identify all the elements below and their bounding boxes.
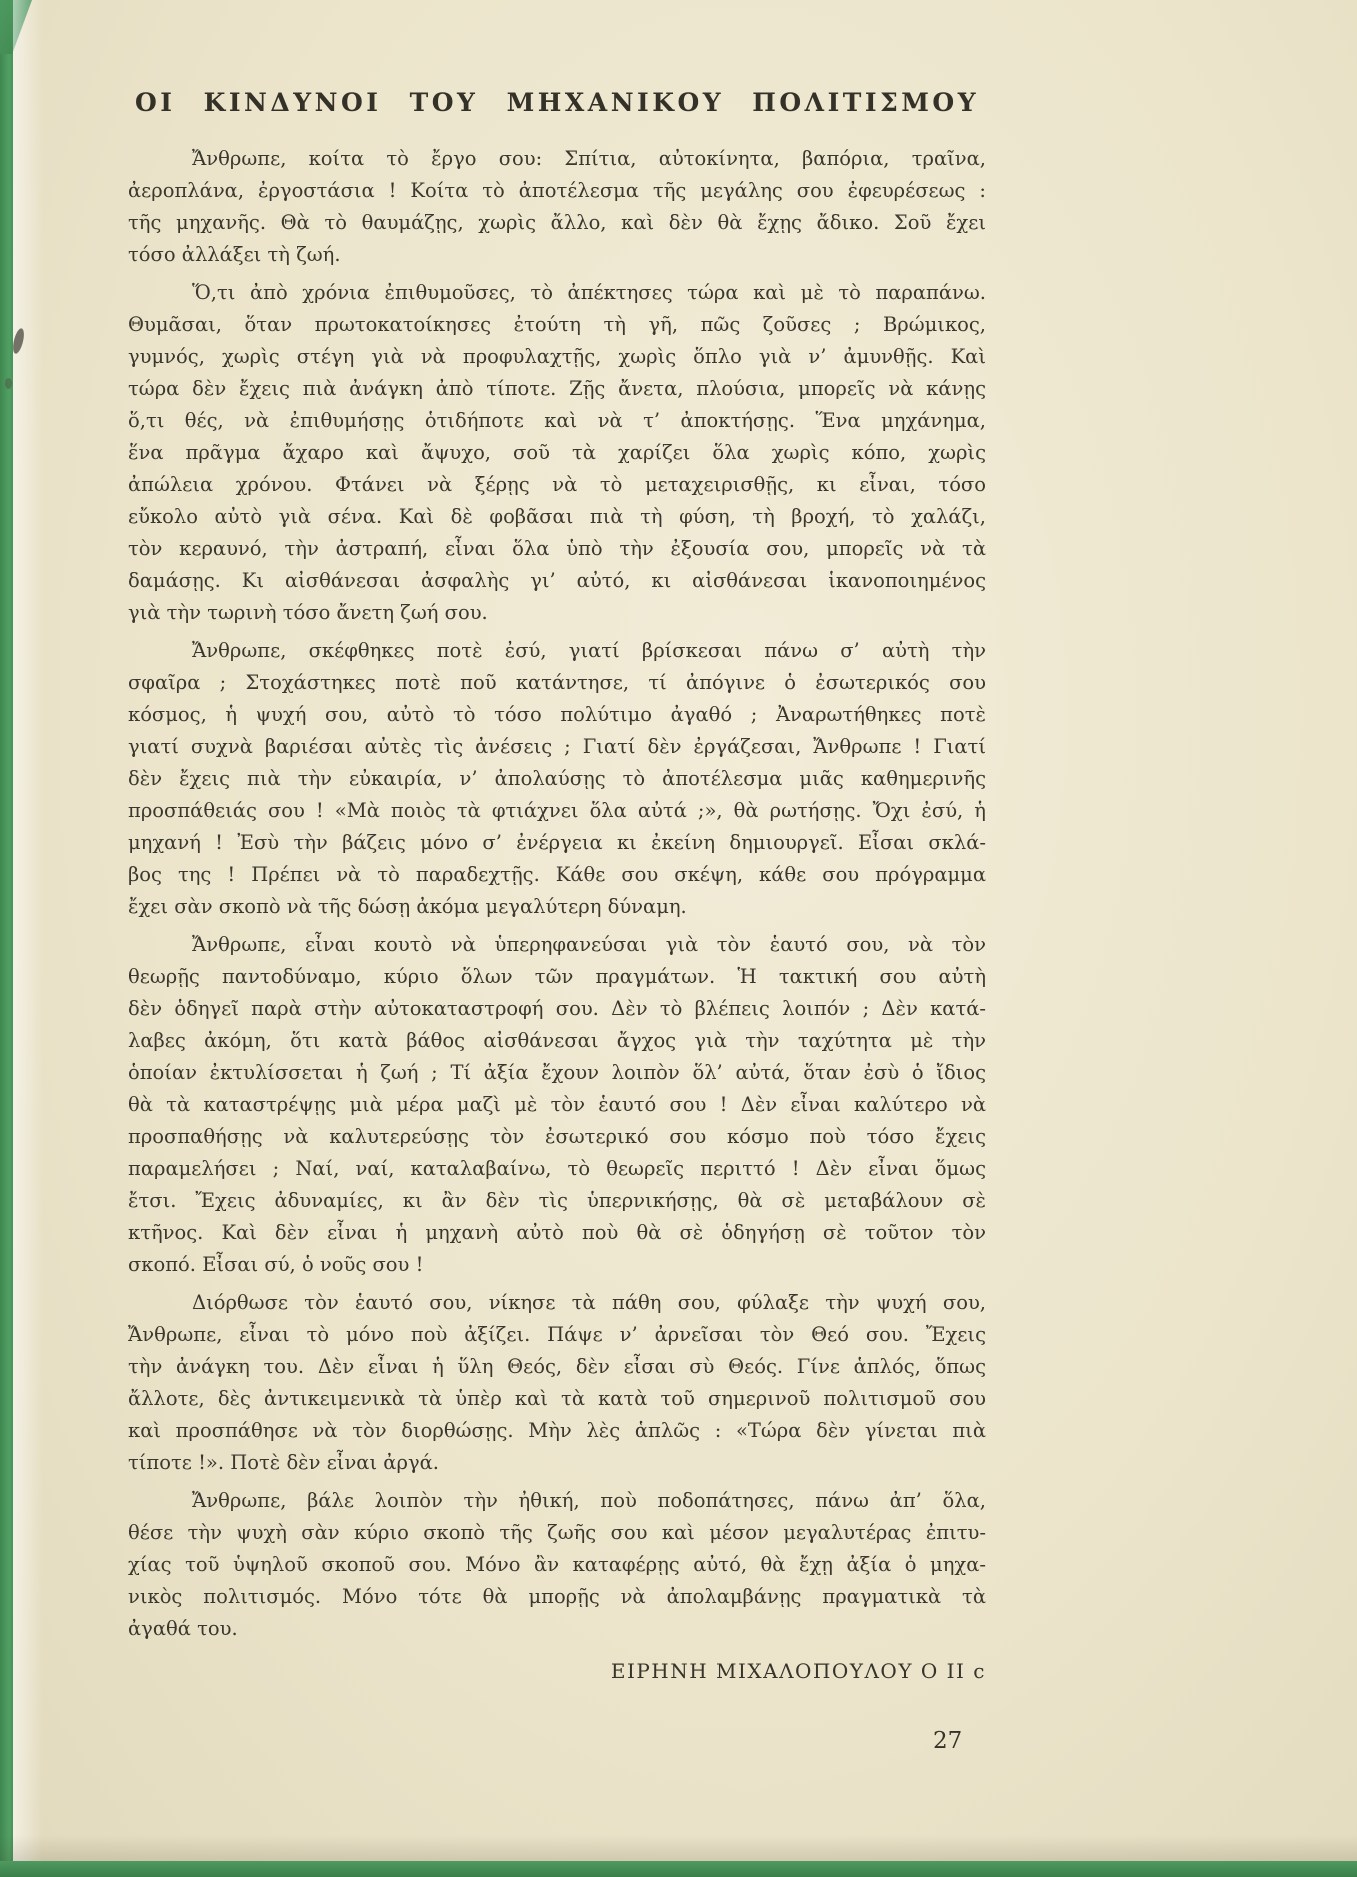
- text-line: Ἄνθρωπε, σκέφθηκες ποτὲ ἐσύ, γιατί βρίσκ…: [128, 635, 986, 667]
- paragraph-1: Ἄνθρωπε, κοίτα τὸ ἔργο σου: Σπίτια, αὐτο…: [128, 143, 986, 271]
- text-line: προσπάθειάς σου ! «Μὰ ποιὸς τὰ φτιάχνει …: [128, 795, 986, 827]
- text-line: παραμελήσει ; Ναί, ναί, καταλαβαίνω, τὸ …: [128, 1153, 986, 1185]
- text-line: καὶ προσπάθησε νὰ τὸν διορθώσῃς. Μὴν λὲς…: [128, 1415, 986, 1447]
- text-line: θὰ τὰ καταστρέψῃς μιὰ μέρα μαζὶ μὲ τὸν ἑ…: [128, 1089, 986, 1121]
- text-line: ὁποίαν ἐκτυλίσσεται ἡ ζωή ; Τί ἀξία ἔχου…: [128, 1057, 986, 1089]
- text-line: λαβες ἀκόμη, ὅτι κατὰ βάθος αἰσθάνεσαι ἄ…: [128, 1025, 986, 1057]
- text-line: σκοπό. Εἶσαι σύ, ὁ νοῦς σου !: [128, 1249, 986, 1281]
- paragraph-2: Ὅ,τι ἀπὸ χρόνια ἐπιθυμοῦσες, τὸ ἀπέκτησε…: [128, 277, 986, 629]
- text-line: ἔτσι. Ἔχεις ἀδυναμίες, κι ἂν δὲν τὶς ὑπε…: [128, 1185, 986, 1217]
- text-line: προσπαθήσῃς νὰ καλυτερεύσῃς τὸν ἐσωτερικ…: [128, 1121, 986, 1153]
- binding-edge-left: [0, 0, 13, 1877]
- text-line: Θυμᾶσαι, ὅταν πρωτοκατοίκησες ἐτούτη τὴ …: [128, 309, 986, 341]
- text-line: ἀεροπλάνα, ἐργοστάσια ! Κοίτα τὸ ἀποτέλε…: [128, 175, 986, 207]
- text-line: χίας τοῦ ὑψηλοῦ σκοποῦ σου. Μόνο ἂν κατα…: [128, 1549, 986, 1581]
- text-line: ἔχει σὰν σκοπὸ νὰ τῆς δώσῃ ἀκόμα μεγαλύτ…: [128, 891, 986, 923]
- text-line: κτῆνος. Καὶ δὲν εἶναι ἡ μηχανὴ αὐτὸ ποὺ …: [128, 1217, 986, 1249]
- paragraph-6: Ἄνθρωπε, βάλε λοιπὸν τὴν ἠθική, ποὺ ποδο…: [128, 1485, 986, 1645]
- text-line: τὸν κεραυνό, τὴν ἀστραπή, εἶναι ὅλα ὑπὸ …: [128, 533, 986, 565]
- paragraph-5: Διόρθωσε τὸν ἑαυτό σου, νίκησε τὰ πάθη σ…: [128, 1287, 986, 1479]
- text-line: τώρα δὲν ἔχεις πιὰ ἀνάγκη ἀπὸ τίποτε. Ζῇ…: [128, 373, 986, 405]
- page-title: ΟΙ ΚΙΝΔΥΝΟΙ ΤΟΥ ΜΗΧΑΝΙΚΟΥ ΠΟΛΙΤΙΣΜΟΥ: [128, 88, 986, 117]
- text-line: γιατί συχνὰ βαριέσαι αὐτὲς τὶς ἀνέσεις ;…: [128, 731, 986, 763]
- text-line: Διόρθωσε τὸν ἑαυτό σου, νίκησε τὰ πάθη σ…: [128, 1287, 986, 1319]
- text-line: θεωρῇς παντοδύναμο, κύριο ὅλων τῶν πραγμ…: [128, 961, 986, 993]
- text-line: βος της ! Πρέπει νὰ τὸ παραδεχτῇς. Κάθε …: [128, 859, 986, 891]
- text-line: γιὰ τὴν τωρινὴ τόσο ἄνετη ζωή σου.: [128, 597, 986, 629]
- text-line: Ἄνθρωπε, κοίτα τὸ ἔργο σου: Σπίτια, αὐτο…: [128, 143, 986, 175]
- paragraph-4: Ἄνθρωπε, εἶναι κουτὸ νὰ ὑπερηφανεύσαι γι…: [128, 929, 986, 1281]
- text-line: Ἄνθρωπε, εἶναι τὸ μόνο ποὺ ἀξίζει. Πάψε …: [128, 1319, 986, 1351]
- page-content: ΟΙ ΚΙΝΔΥΝΟΙ ΤΟΥ ΜΗΧΑΝΙΚΟΥ ΠΟΛΙΤΙΣΜΟΥ Ἄνθ…: [128, 88, 986, 1683]
- text-line: δαμάσῃς. Κι αἰσθάνεσαι ἀσφαλὴς γι’ αὐτό,…: [128, 565, 986, 597]
- text-line: ἕνα πρᾶγμα ἄχαρο καὶ ἄψυχο, σοῦ τὰ χαρίζ…: [128, 437, 986, 469]
- page-bottom-shadow: [0, 1835, 1357, 1861]
- scanned-page: ΟΙ ΚΙΝΔΥΝΟΙ ΤΟΥ ΜΗΧΑΝΙΚΟΥ ΠΟΛΙΤΙΣΜΟΥ Ἄνθ…: [0, 0, 1357, 1877]
- text-line: δὲν ἔχεις πιὰ τὴν εὐκαιρία, ν’ ἀπολαύσῃς…: [128, 763, 986, 795]
- text-line: τὴν ἀνάγκη του. Δὲν εἶναι ἡ ὕλη Θεός, δὲ…: [128, 1351, 986, 1383]
- text-line: τόσο ἀλλάξει τὴ ζωή.: [128, 239, 986, 271]
- text-line: εὔκολο αὐτὸ γιὰ σένα. Καὶ δὲ φοβᾶσαι πιὰ…: [128, 501, 986, 533]
- binding-edge-bottom: [0, 1861, 1357, 1877]
- text-line: τῆς μηχανῆς. Θὰ τὸ θαυμάζῃς, χωρὶς ἄλλο,…: [128, 207, 986, 239]
- text-line: Ἄνθρωπε, εἶναι κουτὸ νὰ ὑπερηφανεύσαι γι…: [128, 929, 986, 961]
- text-line: ὅ,τι θές, νὰ ἐπιθυμήσῃς ὁτιδήποτε καὶ νὰ…: [128, 405, 986, 437]
- paragraph-3: Ἄνθρωπε, σκέφθηκες ποτὲ ἐσύ, γιατί βρίσκ…: [128, 635, 986, 923]
- text-line: Ὅ,τι ἀπὸ χρόνια ἐπιθυμοῦσες, τὸ ἀπέκτησε…: [128, 277, 986, 309]
- text-line: ἀγαθά του.: [128, 1613, 986, 1645]
- author-signature: ΕΙΡΗΝΗ ΜΙΧΑΛΟΠΟΥΛΟΥ Ο ΙΙ c: [128, 1659, 986, 1683]
- text-line: θέσε τὴν ψυχὴ σὰν κύριο σκοπὸ τῆς ζωῆς σ…: [128, 1517, 986, 1549]
- text-line: κόσμος, ἡ ψυχή σου, αὐτὸ τὸ τόσο πολύτιμ…: [128, 699, 986, 731]
- page-number: 27: [933, 1728, 962, 1754]
- text-line: δὲν ὁδηγεῖ παρὰ στὴν αὐτοκαταστροφή σου.…: [128, 993, 986, 1025]
- text-line: ἀπώλεια χρόνου. Φτάνει νὰ ξέρῃς νὰ τὸ με…: [128, 469, 986, 501]
- text-line: Ἄνθρωπε, βάλε λοιπὸν τὴν ἠθική, ποὺ ποδο…: [128, 1485, 986, 1517]
- text-line: τίποτε !». Ποτὲ δὲν εἶναι ἀργά.: [128, 1447, 986, 1479]
- text-line: νικὸς πολιτισμός. Μόνο τότε θὰ μπορῇς νὰ…: [128, 1581, 986, 1613]
- scan-artifact: [5, 378, 12, 389]
- text-line: μηχανή ! Ἐσὺ τὴν βάζεις μόνο σ’ ἐνέργεια…: [128, 827, 986, 859]
- text-line: γυμνός, χωρὶς στέγη γιὰ νὰ προφυλαχτῇς, …: [128, 341, 986, 373]
- text-line: ἄλλοτε, δὲς ἀντικειμενικὰ τὰ ὑπὲρ καὶ τὰ…: [128, 1383, 986, 1415]
- text-line: σφαῖρα ; Στοχάστηκες ποτὲ ποῦ κατάντησε,…: [128, 667, 986, 699]
- page-edge-highlight: [13, 0, 43, 1877]
